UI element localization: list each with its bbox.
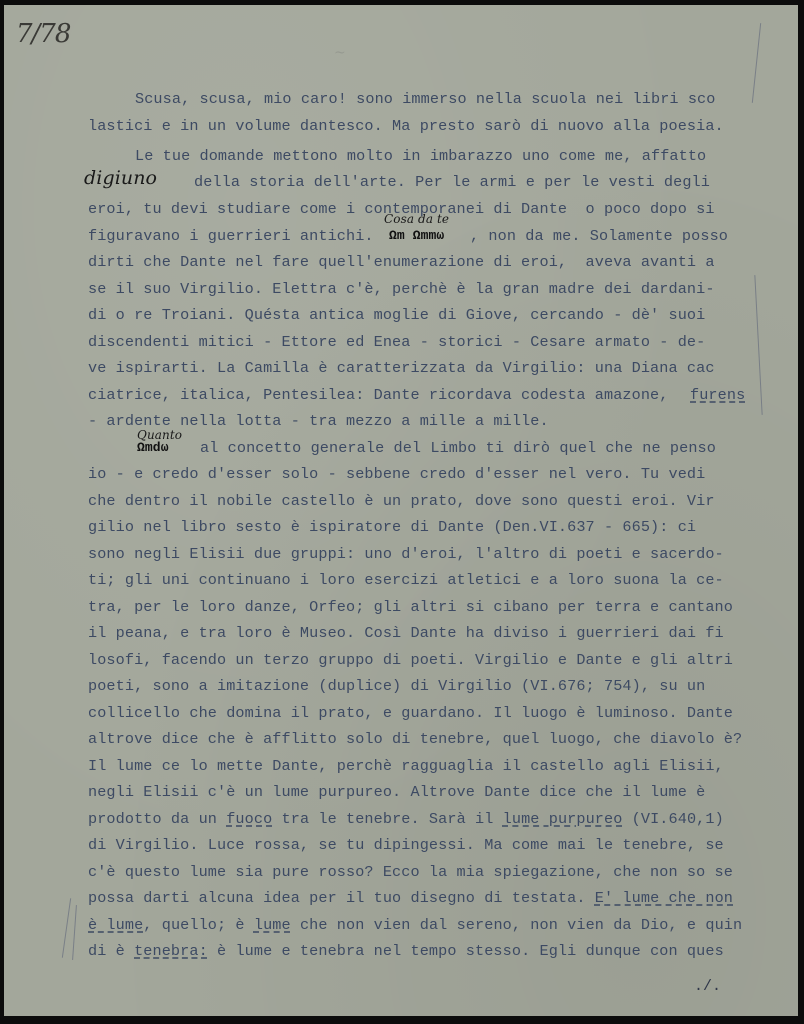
text-segment: che non vien dal sereno, non vien da Dio… (291, 916, 743, 934)
text-line: di è tenebra: è lume e tenebra nel tempo… (88, 941, 724, 961)
text-line: losofi, facendo un terzo gruppo di poeti… (88, 650, 733, 670)
text-line: discendenti mitici - Ettore ed Enea - st… (88, 332, 705, 352)
text-line: , non da me. Solamente posso (470, 226, 728, 246)
underlined-phrase: lume purpureo (503, 810, 623, 828)
underlined-word: lume (254, 916, 291, 934)
text-segment: possa darti alcuna idea per il tuo diseg… (88, 889, 595, 907)
text-line: il peana, e tra loro è Museo. Così Dante… (88, 623, 724, 643)
struck-handwriting: Ωm Ωmmω (389, 226, 444, 246)
typewritten-page: 7/78 ~ Scusa, scusa, mio caro! sono imme… (4, 5, 798, 1016)
text-segment: tra le tenebre. Sarà il (272, 810, 502, 828)
text-line: figuravano i guerrieri antichi. (88, 226, 374, 246)
text-segment: è lume e tenebra nel tempo stesso. Egli … (208, 942, 724, 960)
text-line: possa darti alcuna idea per il tuo diseg… (88, 888, 733, 908)
letter-body: Scusa, scusa, mio caro! sono immerso nel… (4, 5, 798, 1016)
text-line: tra, per le loro danze, Orfeo; gli altri… (88, 597, 733, 617)
underlined-phrase: E' lume che non (595, 889, 733, 907)
text-line: gilio nel libro sesto è ispiratore di Da… (88, 517, 696, 537)
underlined-word: furens (690, 385, 745, 405)
text-line: è lume, quello; è lume che non vien dal … (88, 915, 742, 935)
continuation-mark: ./. (694, 978, 721, 995)
text-line: altrove dice che è afflitto solo di tene… (88, 729, 742, 749)
text-line: se il suo Virgilio. Elettra c'è, perchè … (88, 279, 715, 299)
text-line: al concetto generale del Limbo ti dirò q… (200, 438, 716, 458)
handwritten-annotation-digiuno: digiuno (84, 167, 157, 189)
text-line: ciatrice, italica, Pentesilea: Dante ric… (88, 385, 678, 405)
text-segment: prodotto da un (88, 810, 226, 828)
text-line: collicello che domina il prato, e guarda… (88, 703, 733, 723)
underlined-word: fuoco (226, 810, 272, 828)
underlined-word: tenebra: (134, 942, 208, 960)
text-line: ve ispirarti. La Camilla è caratterizzat… (88, 358, 715, 378)
text-line: prodotto da un fuoco tra le tenebre. Sar… (88, 809, 724, 829)
text-line: Scusa, scusa, mio caro! sono immerso nel… (135, 89, 715, 109)
text-line: Il lume ce lo mette Dante, perchè raggua… (88, 756, 724, 776)
struck-handwriting: Ωmdω (137, 438, 169, 458)
text-line: sono negli Elisii due gruppi: uno d'eroi… (88, 544, 724, 564)
text-segment: , quello; è (143, 916, 254, 934)
text-line: di o re Troiani. Quésta antica moglie di… (88, 305, 705, 325)
text-line: Le tue domande mettono molto in imbarazz… (135, 146, 706, 166)
text-segment: di è (88, 942, 134, 960)
text-line: c'è questo lume sia pure rosso? Ecco la … (88, 862, 733, 882)
text-line: della storia dell'arte. Per le armi e pe… (194, 172, 710, 192)
text-line: io - e credo d'esser solo - sebbene cred… (88, 464, 705, 484)
text-line: negli Elisii c'è un lume purpureo. Altro… (88, 782, 705, 802)
text-line: dirti che Dante nel fare quell'enumerazi… (88, 252, 715, 272)
text-line: poeti, sono a imitazione (duplice) di Vi… (88, 676, 705, 696)
underlined-phrase: è lume (88, 916, 143, 934)
text-line: lastici e in un volume dantesco. Ma pres… (88, 116, 724, 136)
text-segment: (VI.640,1) (622, 810, 723, 828)
text-line: di Virgilio. Luce rossa, se tu dipingess… (88, 835, 724, 855)
text-line: che dentro il nobile castello è un prato… (88, 491, 715, 511)
text-line: ti; gli uni continuano i loro esercizi a… (88, 570, 724, 590)
handwritten-annotation-cosa-da-te: Cosa da te (384, 212, 449, 226)
